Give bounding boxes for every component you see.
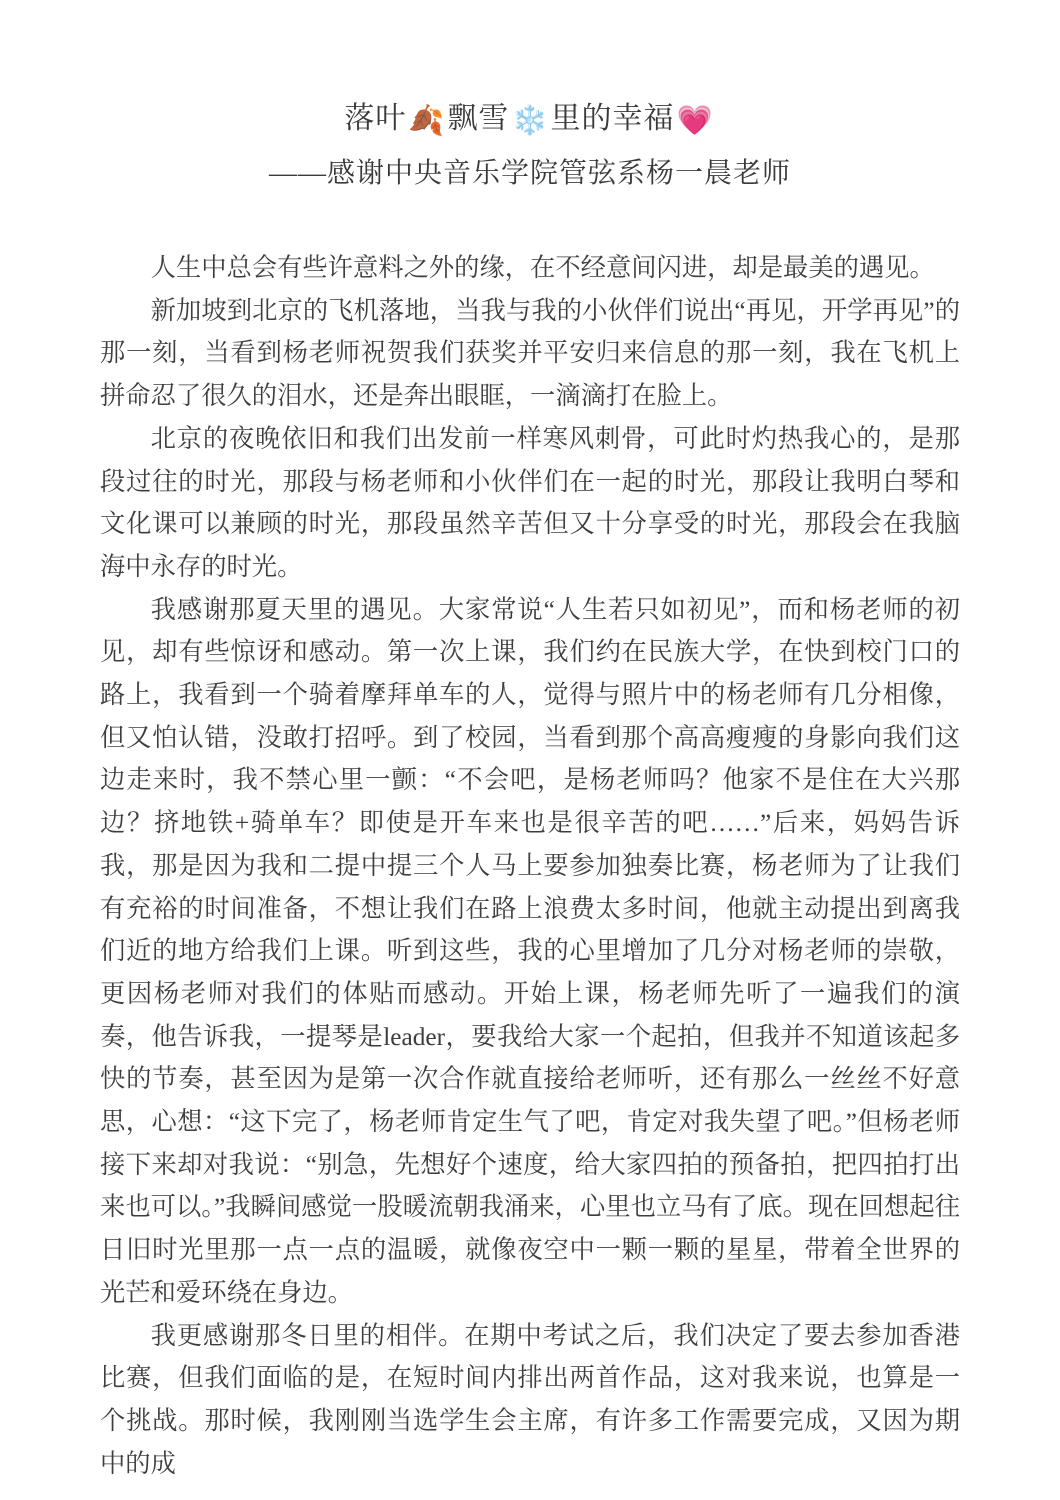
heart-icon: 💗 [677,105,714,137]
paragraph: 新加坡到北京的飞机落地，当我与我的小伙伴们说出“再见，开学再见”的那一刻，当看到… [100,290,960,418]
paragraph: 人生中总会有些许意料之外的缘，在不经意间闪进，却是最美的遇见。 [100,247,960,290]
document-header: 落叶🍂飘雪❄️里的幸福💗 ——感谢中央音乐学院管弦系杨一晨老师 [0,0,1060,195]
paragraph: 北京的夜晚依旧和我们出发前一样寒风刺骨，可此时灼热我心的，是那段过往的时光，那段… [100,418,960,589]
fallen-leaf-icon: 🍂 [408,105,445,137]
title-text-part-3: 里的幸福 [551,102,675,135]
title-text-part-2: 飘雪 [447,102,509,135]
article-body: 人生中总会有些许意料之外的缘，在不经意间闪进，却是最美的遇见。 新加坡到北京的飞… [100,247,960,1485]
page-title: 落叶🍂飘雪❄️里的幸福💗 [0,97,1060,143]
paragraph: 我感谢那夏天里的遇见。大家常说“人生若只如初见”，而和杨老师的初见，却有些惊讶和… [100,589,960,1315]
page-subtitle: ——感谢中央音乐学院管弦系杨一晨老师 [0,153,1060,195]
document-page: 落叶🍂飘雪❄️里的幸福💗 ——感谢中央音乐学院管弦系杨一晨老师 人生中总会有些许… [0,0,1060,1500]
snowflake-icon: ❄️ [511,105,548,137]
paragraph: 我更感谢那冬日里的相伴。在期中考试之后，我们决定了要去参加香港比赛，但我们面临的… [100,1315,960,1486]
title-text-part-1: 落叶 [344,102,406,135]
